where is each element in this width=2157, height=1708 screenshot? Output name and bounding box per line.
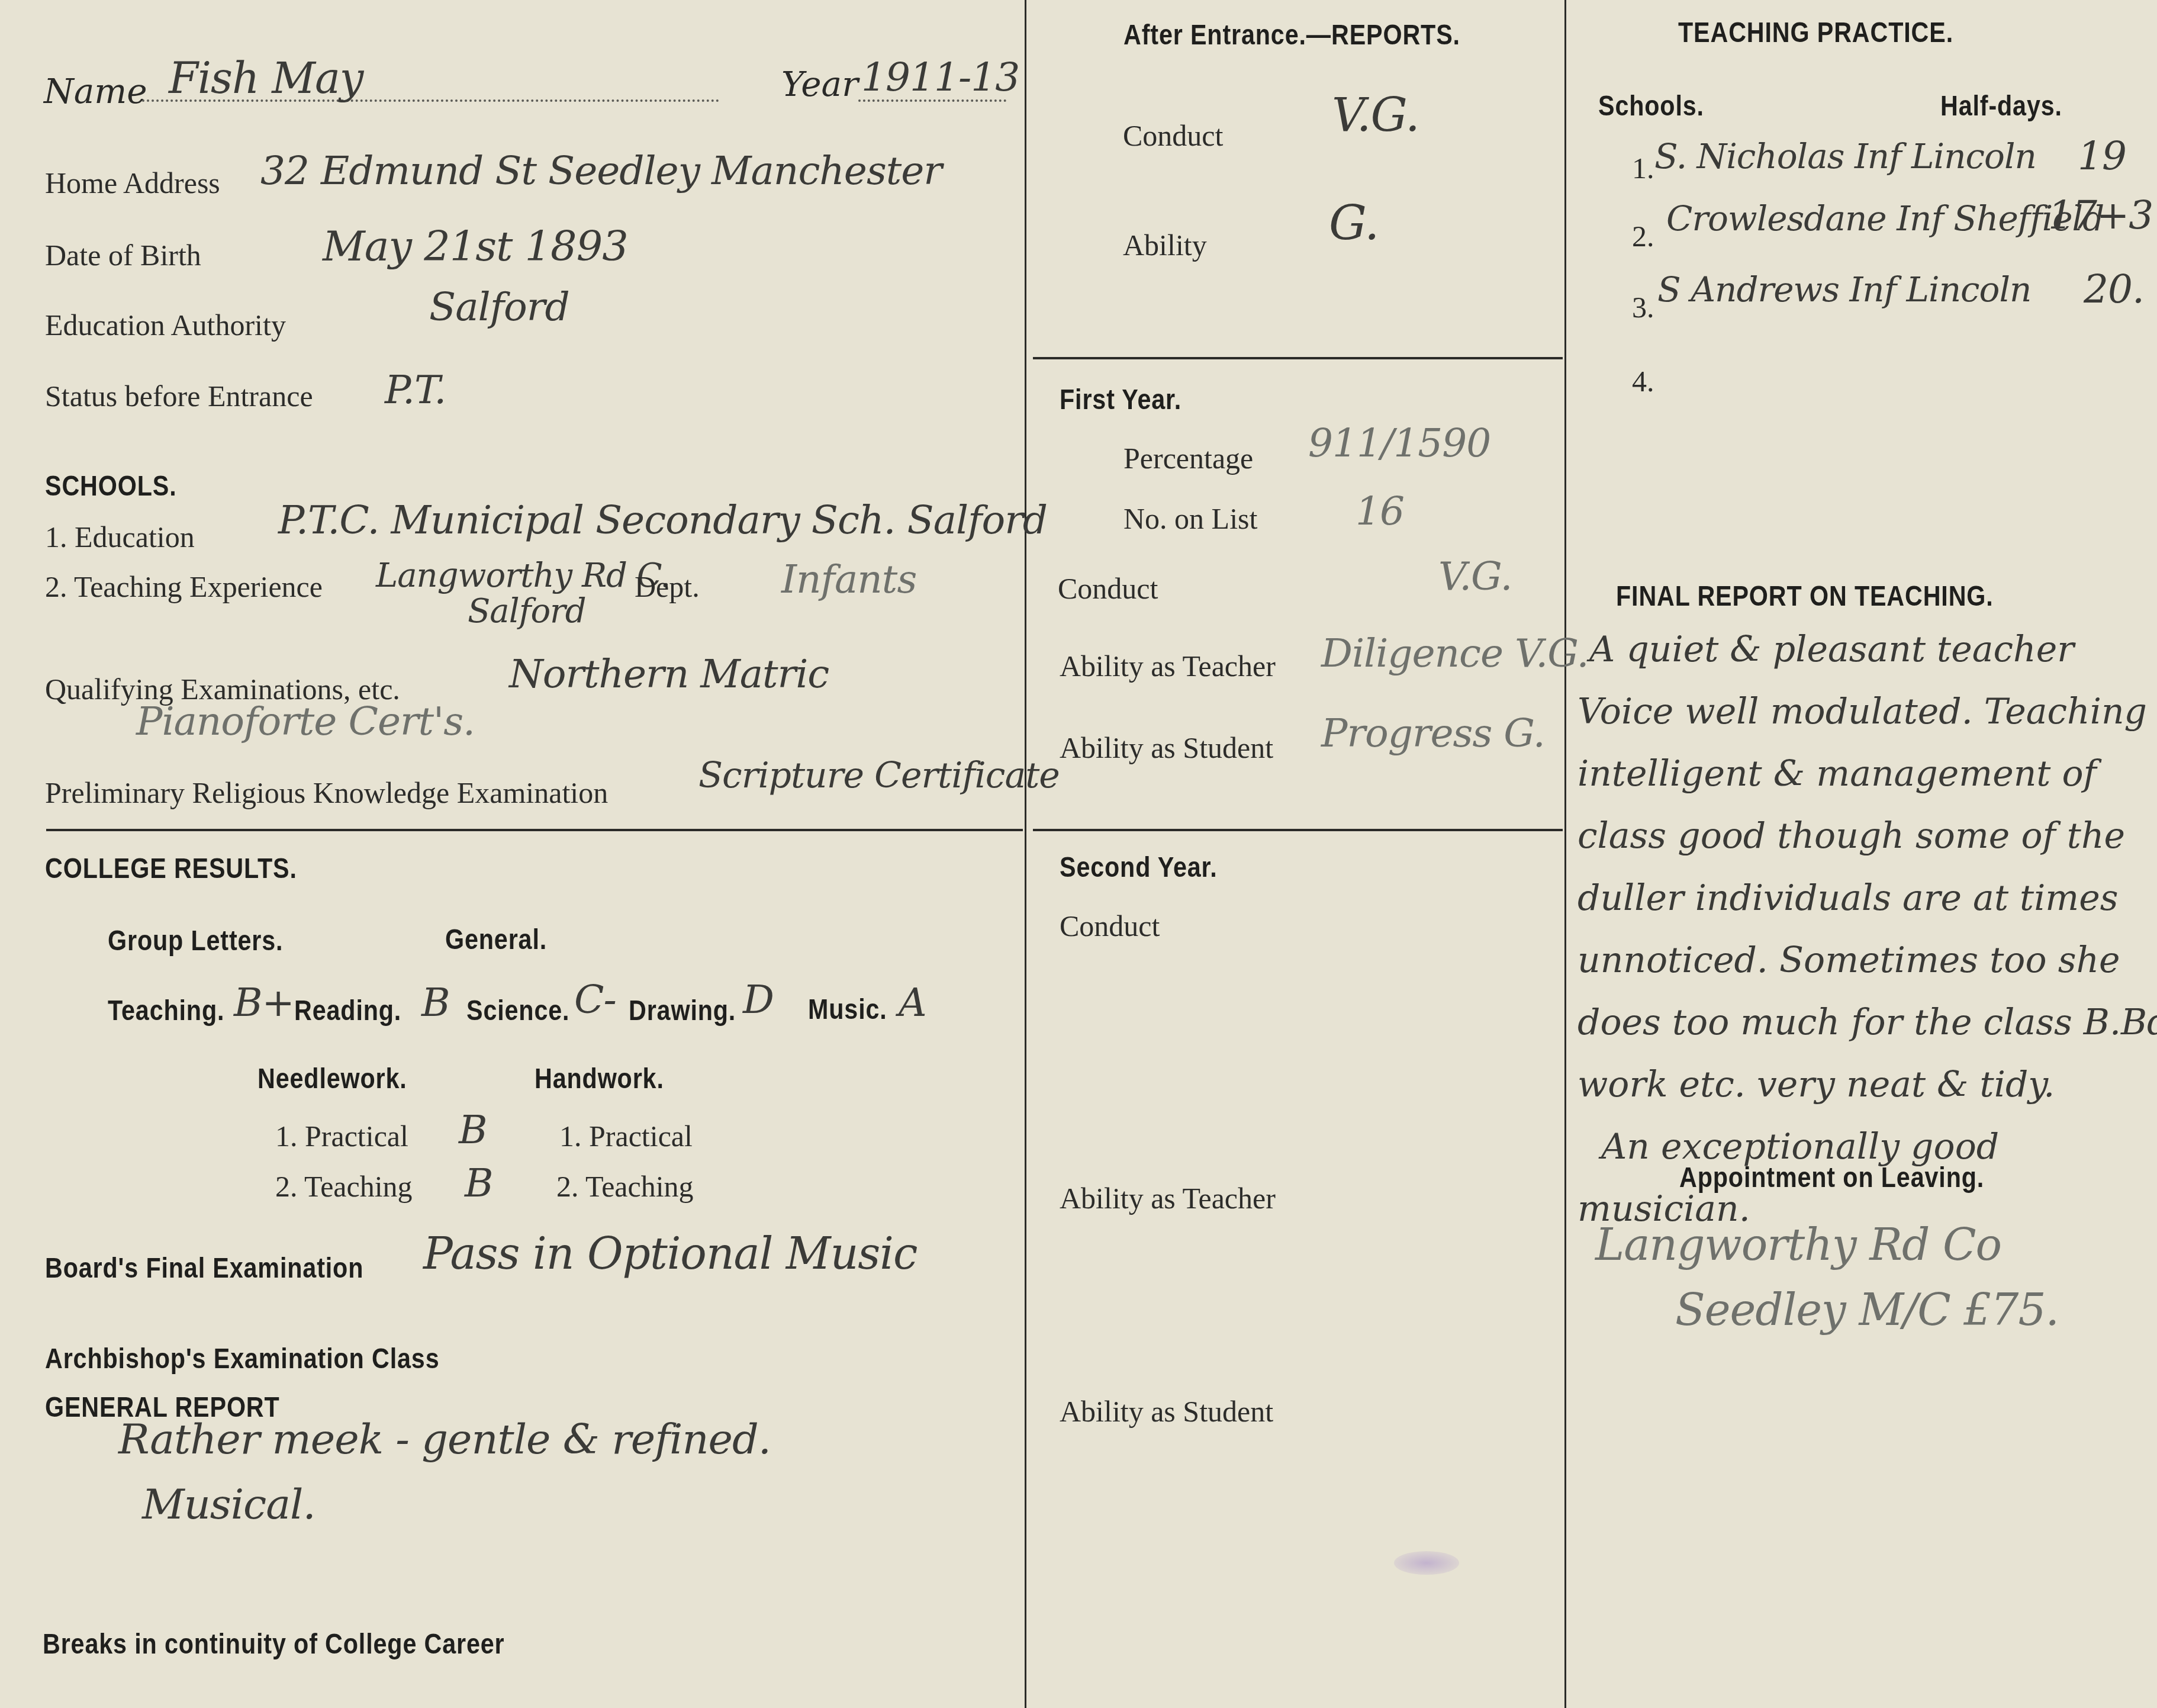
appointment-line-1: Langworthy Rd Co	[1595, 1220, 2001, 1270]
grade-value-music: A	[899, 980, 926, 1025]
general-report-line-1: Rather meek - gentle & refined.	[118, 1415, 771, 1463]
needlework-teaching-value: B	[465, 1160, 493, 1206]
name-label: Name	[44, 71, 147, 111]
needlework-teaching-label: 2. Teaching	[275, 1169, 413, 1204]
needlework-practical-label: 1. Practical	[275, 1119, 408, 1153]
home-address-label: Home Address	[45, 166, 220, 200]
final-report-line: class good though some of the	[1577, 805, 2157, 867]
no-on-list-label: No. on List	[1123, 501, 1257, 536]
qualifying-value: Northern Matric	[509, 651, 829, 697]
schools-heading: SCHOOLS.	[45, 470, 176, 503]
religious-exam-label: Preliminary Religious Knowledge Examinat…	[45, 776, 608, 810]
second-year-ability-teacher-label: Ability as Teacher	[1060, 1181, 1276, 1215]
religious-exam-value: Scripture Certificate	[698, 755, 1060, 796]
grade-label-music: Music.	[808, 993, 887, 1026]
second-year-conduct-label: Conduct	[1060, 909, 1160, 943]
appointment-heading: Appointment on Leaving.	[1679, 1162, 1984, 1194]
teaching-practice-heading: TEACHING PRACTICE.	[1678, 17, 1953, 49]
tp-row-number: 1.	[1632, 151, 1654, 185]
education-label: 1. Education	[45, 520, 195, 554]
final-report-line: unnoticed. Sometimes too she	[1577, 929, 2157, 992]
tp-row-halfdays: 17+3	[2048, 192, 2153, 238]
dept-label: Dept.	[635, 570, 700, 604]
ink-smudge	[1394, 1551, 1459, 1575]
percentage-value: 911/1590	[1308, 420, 1490, 466]
no-on-list-value: 16	[1356, 488, 1404, 534]
final-report-line: work etc. very neat & tidy.	[1577, 1054, 2157, 1116]
ability-as-student-label: Ability as Student	[1060, 731, 1273, 765]
tp-row-school: Crowlesdane Inf Sheffield	[1666, 198, 2104, 239]
grade-value-teaching: B+	[234, 980, 294, 1025]
handwork-teaching-label: 2. Teaching	[556, 1169, 694, 1204]
schools-column-header: Schools.	[1598, 90, 1704, 123]
second-year-heading: Second Year.	[1060, 851, 1218, 884]
needlework-practical-value: B	[459, 1107, 487, 1153]
first-year-conduct-value: V.G.	[1438, 554, 1512, 599]
grade-label-teaching: Teaching.	[108, 995, 224, 1027]
tp-row-school: S Andrews Inf Lincoln	[1657, 269, 2031, 310]
education-value: P.T.C. Municipal Secondary Sch. Salford	[278, 497, 1047, 543]
middle-rule-bottom	[1033, 829, 1563, 831]
first-year-conduct-label: Conduct	[1058, 571, 1158, 606]
tp-row-number: 4.	[1632, 364, 1654, 398]
teaching-experience-label: 2. Teaching Experience	[45, 570, 323, 604]
grade-label-drawing: Drawing.	[629, 995, 736, 1027]
ability-as-teacher-value: Diligence V.G.	[1321, 631, 1589, 676]
breaks-label: Breaks in continuity of College Career	[43, 1628, 505, 1661]
column-divider-left	[1025, 0, 1026, 1708]
grade-value-science: C-	[574, 977, 616, 1022]
grade-label-reading: Reading.	[294, 995, 401, 1027]
group-letters-label: Group Letters.	[108, 925, 283, 957]
final-report-text: A quiet & pleasant teacher Voice well mo…	[1577, 619, 2157, 1240]
column-divider-right	[1564, 0, 1566, 1708]
education-authority-label: Education Authority	[45, 308, 286, 342]
second-year-ability-student-label: Ability as Student	[1060, 1394, 1273, 1429]
tp-row-school: S. Nicholas Inf Lincoln	[1654, 136, 2036, 176]
final-report-line: duller individuals are at times	[1577, 867, 2157, 929]
after-entrance-ability-value: G.	[1329, 195, 1379, 250]
handwork-practical-label: 1. Practical	[559, 1119, 693, 1153]
left-section-rule	[46, 829, 1023, 831]
middle-rule-top	[1033, 357, 1563, 359]
home-address-value: 32 Edmund St Seedley Manchester	[260, 148, 942, 194]
grade-value-drawing: D	[743, 977, 774, 1022]
teaching-experience-value-2: Salford	[468, 592, 586, 631]
needlework-label: Needlework.	[257, 1063, 407, 1095]
teaching-experience-value: Langworthy Rd C.	[376, 557, 670, 595]
percentage-label: Percentage	[1123, 441, 1253, 475]
status-value: P.T.	[385, 367, 446, 413]
tp-row-number: 3.	[1632, 290, 1654, 324]
final-report-heading: FINAL REPORT ON TEACHING.	[1616, 580, 1994, 613]
dob-value: May 21st 1893	[323, 222, 628, 271]
ability-as-teacher-label: Ability as Teacher	[1060, 649, 1276, 683]
year-label: Year	[781, 64, 858, 104]
final-report-line: A quiet & pleasant teacher	[1577, 619, 2157, 681]
after-entrance-conduct-label: Conduct	[1123, 118, 1223, 153]
after-entrance-heading: After Entrance.—REPORTS.	[1123, 19, 1460, 52]
general-label: General.	[445, 924, 547, 956]
handwork-label: Handwork.	[535, 1063, 664, 1095]
archbishop-label: Archbishop's Examination Class	[45, 1343, 439, 1375]
final-report-line: Voice well modulated. Teaching	[1577, 681, 2157, 743]
after-entrance-ability-label: Ability	[1123, 228, 1207, 262]
after-entrance-conduct-value: V.G.	[1332, 89, 1419, 142]
ability-as-student-value: Progress G.	[1321, 710, 1545, 756]
tp-row-number: 2.	[1632, 219, 1654, 253]
grade-label-science: Science.	[466, 995, 569, 1027]
dept-value: Infants	[781, 557, 916, 602]
tp-row-halfdays: 19	[2078, 133, 2126, 179]
boards-final-label: Board's Final Examination	[45, 1252, 363, 1285]
final-report-line: intelligent & management of	[1577, 743, 2157, 805]
halfdays-column-header: Half-days.	[1940, 90, 2062, 123]
general-report-line-2: Musical.	[142, 1480, 315, 1529]
qualifying-value-2: Pianoforte Cert's.	[136, 699, 475, 744]
year-value: 1911-13	[861, 54, 1019, 100]
final-report-line: does too much for the class B.Bd	[1577, 992, 2157, 1054]
boards-final-value: Pass in Optional Music	[423, 1228, 917, 1279]
dob-label: Date of Birth	[45, 238, 201, 272]
name-value: Fish May	[169, 53, 363, 103]
appointment-line-2: Seedley M/C £75.	[1675, 1285, 2059, 1336]
college-results-heading: COLLEGE RESULTS.	[45, 853, 297, 885]
education-authority-value: Salford	[429, 284, 569, 330]
grade-value-reading: B	[421, 980, 450, 1025]
status-label: Status before Entrance	[45, 379, 313, 413]
first-year-heading: First Year.	[1060, 384, 1181, 416]
tp-row-halfdays: 20.	[2084, 266, 2144, 312]
